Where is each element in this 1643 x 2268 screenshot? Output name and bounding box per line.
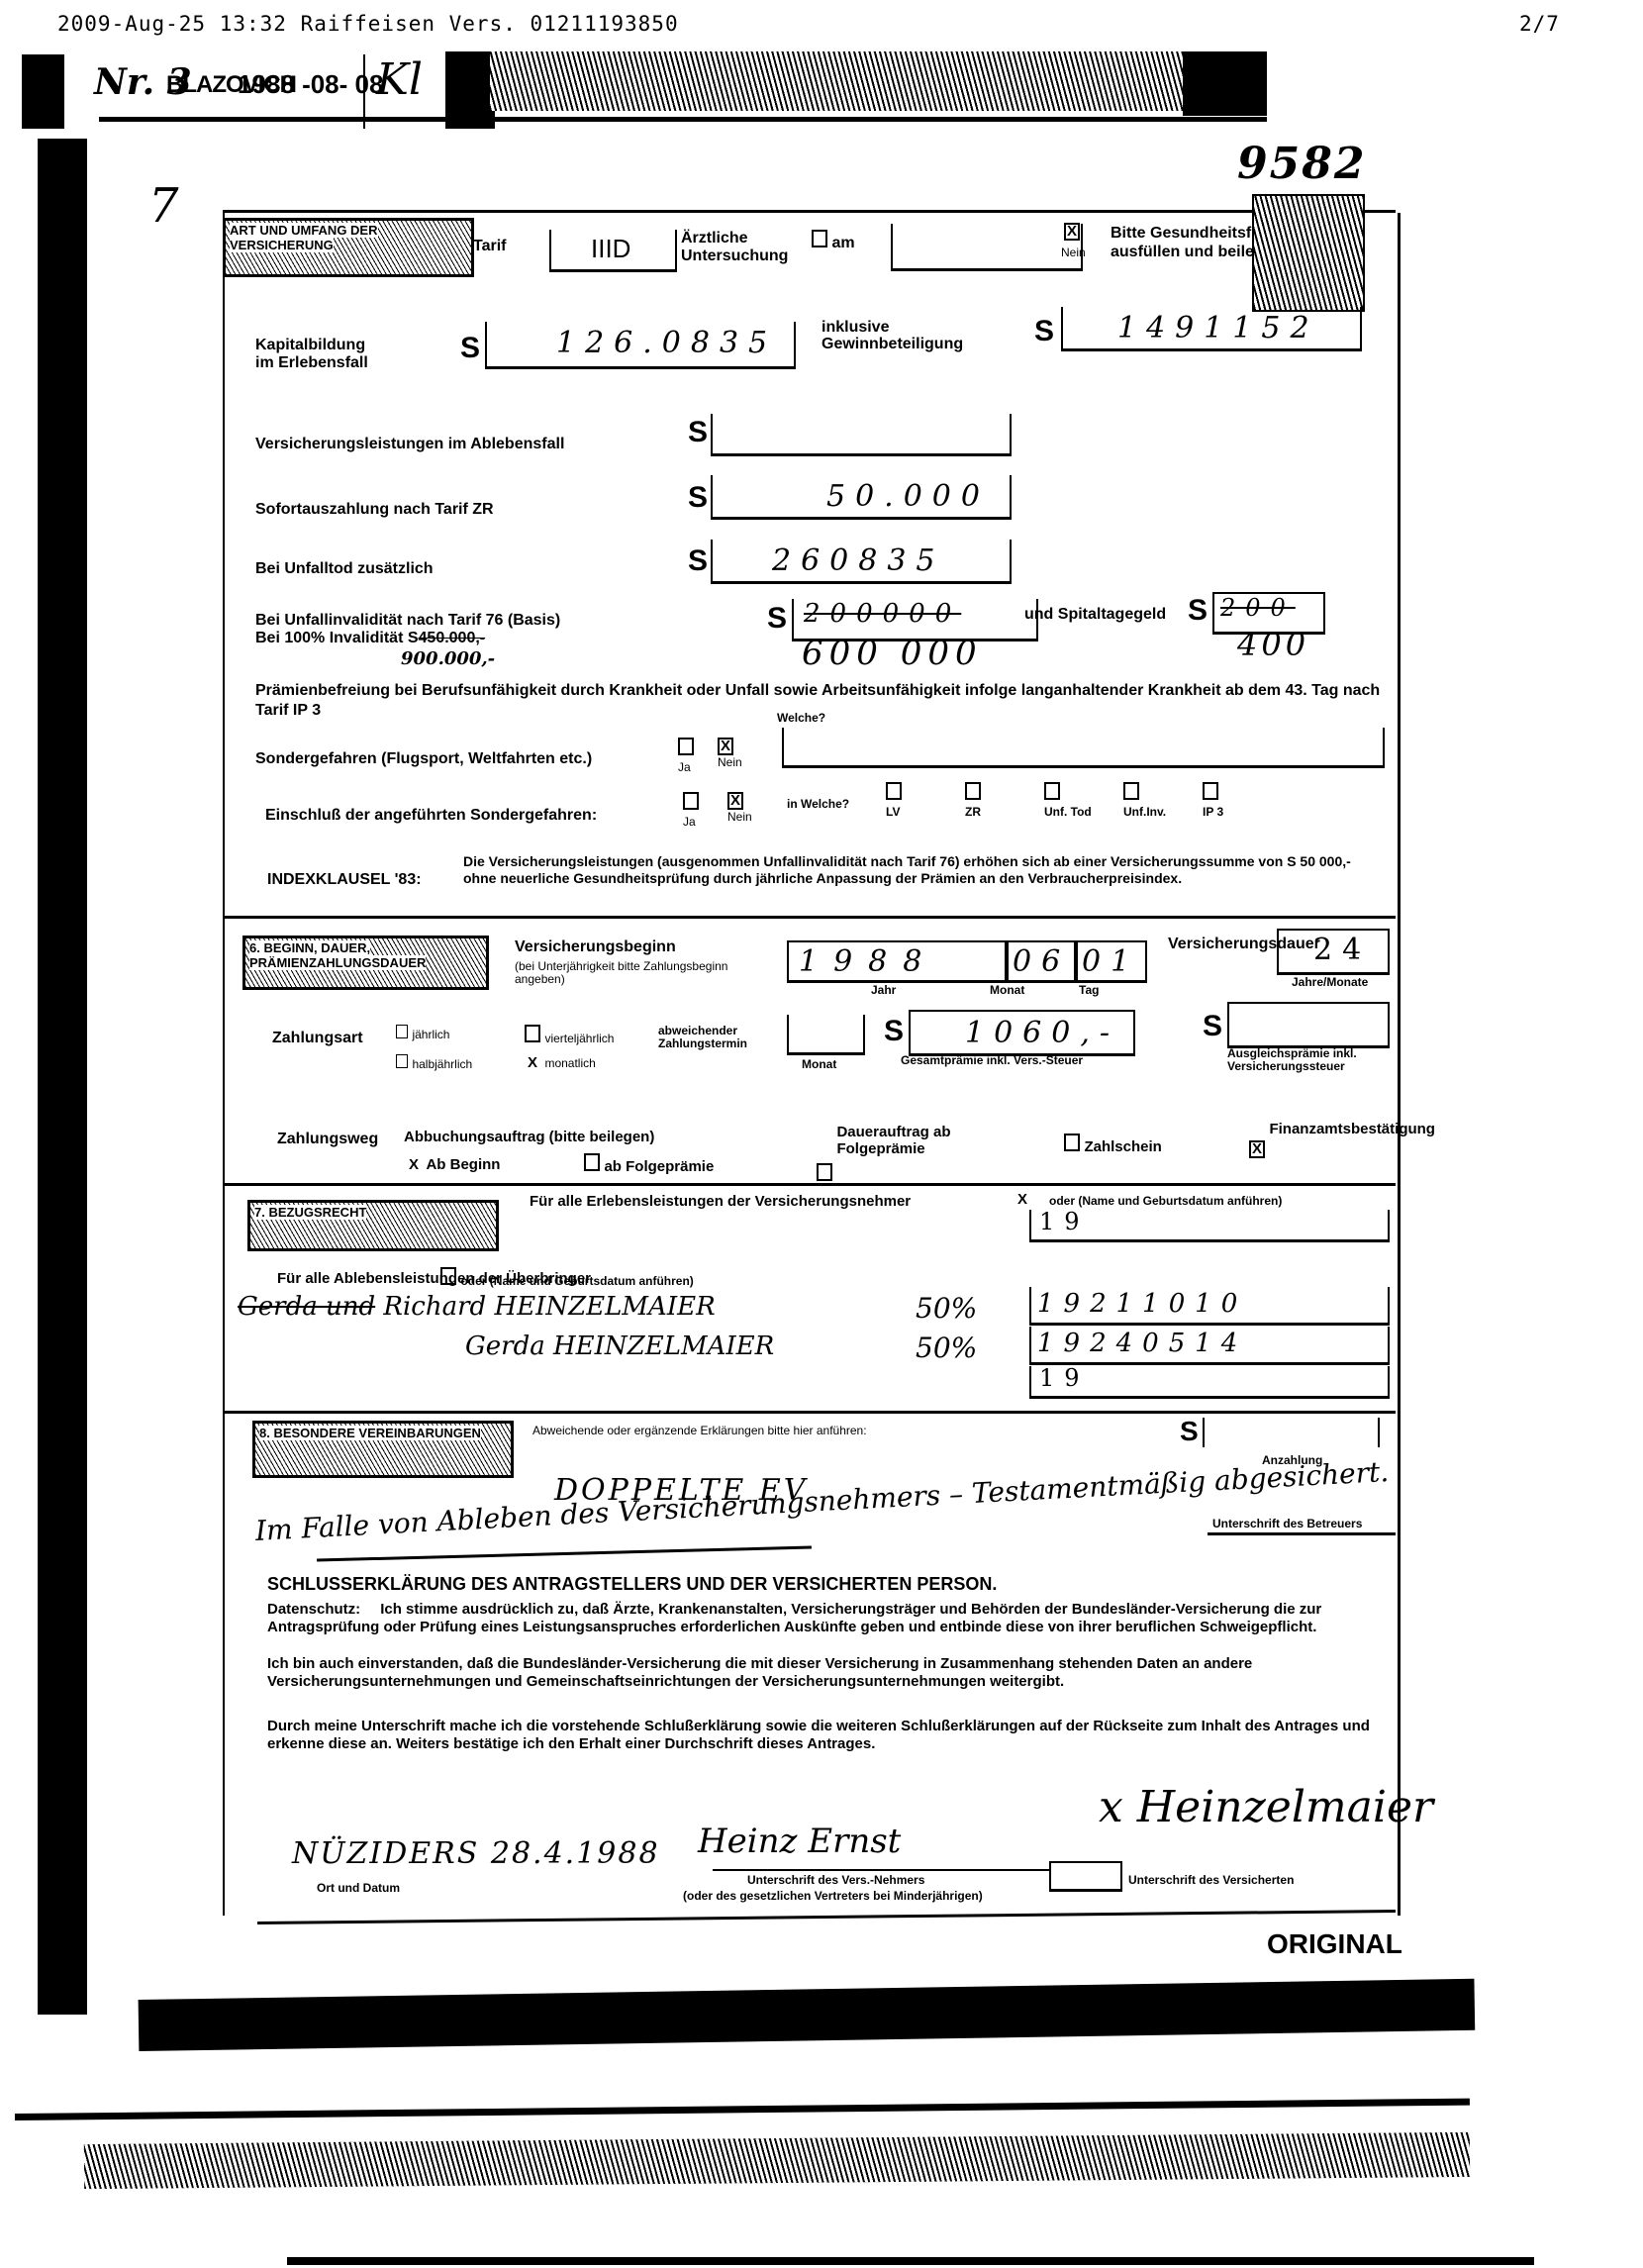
checkbox-ja[interactable] [683, 792, 699, 810]
abweichend-label: abweichender Zahlungstermin [658, 1025, 777, 1050]
checkbox-nein[interactable]: X [727, 792, 743, 810]
unfalltod-field[interactable]: 260835 [711, 540, 1012, 584]
checkbox-unf-tod[interactable] [1044, 782, 1060, 800]
checkbox-lv[interactable] [886, 782, 902, 800]
currency-s: S [688, 481, 708, 515]
beginn-label: Versicherungsbeginn [515, 938, 676, 956]
beginn-monat-field[interactable]: 06 [1005, 940, 1078, 983]
checkbox-finanzamt[interactable]: X [1249, 1140, 1265, 1158]
beginn-note: (bei Unterjährigkeit bitte Zahlungsbegin… [515, 960, 732, 986]
form-top-line [223, 210, 1396, 213]
checkbox-dauerauftrag[interactable] [817, 1163, 832, 1181]
oder-label: oder (Name und Geburtsdatum anführen) [1049, 1194, 1282, 1208]
datenschutz-block: Datenschutz:Ich stimme ausdrücklich zu, … [267, 1601, 1396, 1636]
scan-artifact-line [15, 2099, 1470, 2120]
abbuchung-label: Abbuchungsauftrag (bitte beilegen) [404, 1129, 654, 1145]
section-divider [223, 1411, 1396, 1414]
kapital-label: Kapitalbildung im Erlebensfall [255, 337, 384, 372]
sondergefahren-nein[interactable]: XNein [718, 738, 742, 769]
spitalgeld-new-value: 400 [1237, 626, 1309, 663]
monat-label: Monat [802, 1057, 836, 1071]
zahlungsweg-label: Zahlungsweg [277, 1131, 378, 1148]
section-header-besondere: 8. BESONDERE VEREINBARUNGEN [252, 1421, 514, 1478]
checkbox-ab-folgepraemie[interactable] [584, 1153, 600, 1171]
fax-page-number: 2/7 [1519, 12, 1560, 36]
beneficiary-row: Gerda und Richard HEINZELMAIER [238, 1292, 990, 1322]
invaliditaet-new-value: 600 000 [802, 634, 983, 673]
checkbox-ja[interactable] [678, 738, 694, 755]
vp-signature: x Heinzelmaier [1099, 1782, 1433, 1832]
checkbox-ip3[interactable] [1203, 782, 1218, 800]
checkbox-jaehrlich[interactable] [396, 1025, 408, 1038]
margin-mark: 7 [148, 178, 179, 234]
dauer-field[interactable]: 24 [1277, 929, 1390, 975]
original-stamp: ORIGINAL [1267, 1928, 1402, 1960]
vn-label: Unterschrift des Vers.-Nehmers [747, 1873, 924, 1887]
section-divider [223, 1183, 1396, 1186]
datenschutz-label: Datenschutz: [267, 1601, 360, 1618]
datenschutz-text: Ich stimme ausdrücklich zu, daß Ärzte, K… [267, 1601, 1321, 1635]
option-jaehrlich[interactable]: jährlich [396, 1025, 449, 1043]
sondergefahren-ja[interactable]: Ja [678, 738, 694, 774]
nein-label: Nein [1061, 246, 1086, 259]
section-header-bezugsrecht: 7. BEZUGSRECHT [247, 1200, 499, 1251]
scan-edge-left-top [22, 54, 64, 129]
checkbox-ab-beginn[interactable]: X [406, 1158, 422, 1176]
option-zr[interactable]: ZR [965, 782, 981, 819]
spitalgeld-label: und Spitaltagegeld [1024, 606, 1166, 624]
invaliditaet-100-label: Bei 100% Invalidität S450.000,- [255, 630, 485, 647]
ausgleich-label: Ausgleichsprämie inkl. Versicherungssteu… [1227, 1047, 1396, 1073]
scan-dark-block-right [1183, 51, 1267, 116]
currency-s: S [688, 416, 708, 449]
tarif-field[interactable]: IIID [549, 230, 677, 272]
currency-s: S [1188, 594, 1208, 628]
section-divider [1208, 1532, 1396, 1535]
section-header-beginn: 6. BEGINN, DAUER, PRÄMIENZAHLUNGSDAUER [242, 936, 489, 990]
kapital-field[interactable]: 126.0835 [485, 322, 796, 369]
dauer-unit: Jahre/Monate [1292, 975, 1368, 989]
sondergefahren-label: Sondergefahren (Flugsport, Weltfahrten e… [255, 750, 592, 768]
indexklausel-label: INDEXKLAUSEL '83: [267, 871, 422, 889]
erleben-label: Für alle Erlebensleistungen der Versiche… [530, 1193, 911, 1210]
currency-s: S [884, 1015, 904, 1048]
checkbox-vierteljaehrlich[interactable] [525, 1025, 540, 1042]
currency-s: S [688, 544, 708, 578]
vn-label-2: (oder des gesetzlichen Vertreters bei Mi… [683, 1889, 983, 1903]
einschluss-nein[interactable]: XNein [727, 792, 752, 824]
option-ab-folgepraemie[interactable]: ab Folgeprämie [584, 1153, 714, 1176]
company-logo [1252, 194, 1365, 312]
checkbox-ableben-oder[interactable] [440, 1267, 456, 1285]
gewinn-label: inklusive Gewinnbeteiligung [821, 319, 990, 352]
invaliditaet-100-new: 900.000,- [401, 648, 495, 669]
option-ip3[interactable]: IP 3 [1203, 782, 1223, 819]
fax-header-text: 2009-Aug-25 13:32 Raiffeisen Vers. 01211… [57, 12, 679, 36]
praemie-field[interactable]: 1060,- [909, 1010, 1135, 1056]
stamp-date: 1988 -08- 08 [238, 69, 383, 100]
currency-s: S [1180, 1416, 1199, 1447]
exam-date-field[interactable] [891, 224, 1083, 271]
checkbox-zahlschein[interactable] [1064, 1134, 1080, 1151]
beneficiary-birth-field[interactable]: 19240514 [1029, 1327, 1390, 1365]
sofort-field[interactable]: 50.000 [711, 475, 1012, 520]
beneficiary-share: 50% [916, 1331, 977, 1364]
beneficiary-birth-field[interactable]: 19 [1029, 1366, 1390, 1399]
sofort-label: Sofortauszahlung nach Tarif ZR [255, 501, 494, 519]
ableben-label: Versicherungsleistungen im Ablebensfall [255, 436, 564, 453]
policy-number: 9582 [1237, 139, 1366, 189]
checkbox-unf-inv[interactable] [1123, 782, 1139, 800]
checkbox-nein[interactable]: X [718, 738, 733, 755]
ort-datum-value: NÜZIDERS 28.4.1988 [292, 1836, 660, 1871]
ort-datum-label: Ort und Datum [317, 1881, 400, 1895]
medical-exam-label: Ärztliche Untersuchung [681, 230, 800, 265]
schlusserklaerung-title: SCHLUSSERKLÄRUNG DES ANTRAGSTELLERS UND … [267, 1574, 997, 1595]
invaliditaet-label: Bei Unfallinvalidität nach Tarif 76 (Bas… [255, 612, 560, 630]
confirm-text: Durch meine Unterschrift mache ich die v… [267, 1718, 1396, 1753]
anzahlung-field[interactable] [1203, 1418, 1380, 1447]
checkbox-erleben[interactable]: X [1015, 1193, 1030, 1211]
gewinn-field[interactable]: 1491152 [1061, 307, 1362, 351]
checkbox-zr[interactable] [965, 782, 981, 800]
monat-label: Monat [990, 983, 1024, 997]
option-ab-beginn[interactable]: X Ab Beginn [406, 1156, 500, 1176]
beneficiary-share: 50% [916, 1292, 977, 1325]
section-divider [223, 916, 1396, 919]
medical-exam-nein[interactable]: X [1064, 223, 1080, 241]
scan-edge-left [38, 139, 87, 2015]
option-monatlich[interactable]: X monatlich [525, 1054, 596, 1074]
besondere-note: Abweichende oder ergänzende Erklärungen … [532, 1424, 867, 1437]
scan-artifact-noise [84, 2132, 1470, 2189]
vn-signature: Heinz Ernst [698, 1822, 901, 1861]
jahr-label: Jahr [871, 983, 896, 997]
tarif-label: Tarif [473, 238, 506, 255]
einschluss-ja[interactable]: Ja [683, 792, 699, 829]
checkbox-ja[interactable] [812, 230, 827, 247]
option-lv[interactable]: LV [886, 782, 902, 819]
abweichend-field[interactable] [787, 1015, 865, 1055]
option-finanzamt[interactable]: X Finanzamtsbestätigung [1249, 1121, 1378, 1158]
option-dauerauftrag[interactable]: Dauerauftrag ab Folgeprämie [817, 1124, 985, 1181]
option-halbjaehrlich[interactable]: halbjährlich [396, 1054, 472, 1073]
checkbox-monatlich[interactable]: X [525, 1056, 540, 1074]
praemie-label: Gesamtprämie inkl. Vers.-Steuer [901, 1053, 1083, 1067]
indexklausel-text: Die Versicherungsleistungen (ausgenommen… [463, 853, 1384, 887]
ausgleich-field[interactable] [1227, 1002, 1390, 1048]
currency-s: S [1034, 315, 1054, 348]
vp-label: Unterschrift des Versicherten [1128, 1873, 1294, 1887]
checkbox-halbjaehrlich[interactable] [396, 1054, 408, 1068]
option-vierteljaehrlich[interactable]: vierteljährlich [525, 1025, 614, 1047]
beneficiary-row: Gerda HEINZELMAIER [465, 1331, 774, 1361]
erleben-checkbox[interactable]: X [1015, 1191, 1030, 1211]
einschluss-label: Einschluß der angeführten Sondergefahren… [265, 807, 597, 825]
erleben-birth-field[interactable]: 19 [1029, 1210, 1390, 1242]
unfalltod-label: Bei Unfalltod zusätzlich [255, 560, 434, 578]
option-unf-tod[interactable]: Unf. Tod [1044, 782, 1092, 819]
stamp-initials: Kl [376, 54, 423, 105]
page-top-edge [99, 117, 1267, 122]
ableben-oder[interactable]: oder (Name und Geburtsdatum anführen) [440, 1267, 694, 1290]
currency-s: S [1203, 1010, 1222, 1043]
small-box-field[interactable] [1049, 1861, 1122, 1892]
dauer-label: Versicherungsdauer [1168, 936, 1287, 953]
beginn-jahr-field[interactable]: 1988 [787, 940, 1009, 983]
option-zahlschein[interactable]: Zahlschein [1064, 1134, 1162, 1156]
datenschutz-text-2: Ich bin auch einverstanden, daß die Bund… [267, 1655, 1396, 1691]
checkbox-nein[interactable]: X [1064, 223, 1080, 241]
welche-field[interactable] [782, 728, 1385, 768]
unterschrift-betreuer-label: Unterschrift des Betreuers [1212, 1517, 1362, 1530]
scan-artifact-line-bottom [287, 2257, 1534, 2265]
option-unf-inv[interactable]: Unf.Inv. [1123, 782, 1166, 819]
currency-s: S [460, 332, 480, 365]
signature-line [713, 1869, 1049, 1871]
scan-bottom-edge [139, 1979, 1476, 2051]
tag-label: Tag [1079, 983, 1099, 997]
currency-s: S [767, 602, 787, 636]
medical-exam-ja[interactable]: am [812, 230, 855, 252]
zahlungsart-label: Zahlungsart [272, 1030, 363, 1047]
beginn-tag-field[interactable]: 01 [1074, 940, 1147, 983]
ableben-field[interactable] [711, 414, 1012, 456]
scan-noise-band [490, 51, 1217, 111]
beneficiary-birth-field[interactable]: 19211010 [1029, 1287, 1390, 1326]
welche-label: Welche? [777, 711, 825, 725]
section-header-art-umfang: ART UND UMFANG DER VERSICHERUNG [223, 218, 474, 277]
in-welche-label: in Welche? [787, 797, 849, 811]
